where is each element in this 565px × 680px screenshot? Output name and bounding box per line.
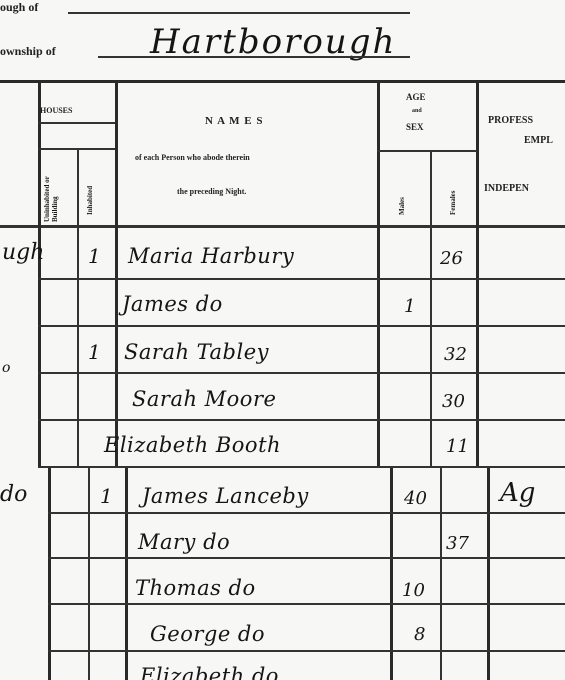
person-name: James Lanceby	[142, 484, 309, 508]
names-header-sub1: of each Person who abode therein	[135, 153, 250, 162]
inhabited-header: Inhabited	[86, 165, 94, 215]
col-divider-profession-lower	[487, 466, 490, 680]
person-name: Elizabeth Booth	[104, 433, 281, 457]
names-header-title: N A M E S	[205, 115, 264, 127]
inhabited-cell: 1	[88, 340, 101, 364]
employment-header: EMPL	[524, 135, 553, 146]
township-underline	[98, 56, 410, 58]
houses-header-divider	[38, 122, 115, 124]
person-name: Sarah Moore	[132, 387, 276, 411]
person-name: Maria Harbury	[128, 244, 294, 268]
sex-header: SEX	[406, 122, 424, 132]
row-line-3	[38, 372, 565, 374]
houses-subheader-divider	[38, 148, 115, 150]
row-line-7	[48, 557, 565, 559]
inhabited-cell: 1	[88, 244, 101, 268]
row-line-1	[38, 278, 565, 280]
col-divider-sex-mid-lower	[440, 466, 442, 680]
female-age-cell: 37	[446, 533, 469, 554]
males-header: Males	[398, 175, 406, 215]
and-header: and	[412, 108, 422, 114]
row-line-5	[38, 466, 565, 468]
person-name: Mary do	[138, 530, 230, 554]
female-age-cell: 30	[442, 391, 465, 412]
person-name: Elizabeth do	[140, 664, 279, 680]
independent-header: INDEPEN	[484, 183, 529, 194]
place-cell: ugh	[2, 240, 44, 265]
agesex-header-divider	[377, 150, 477, 152]
borough-label: ough of	[0, 0, 38, 15]
male-age-cell: 8	[414, 624, 425, 645]
female-age-cell: 32	[444, 344, 467, 365]
col-divider-names-lower	[125, 466, 128, 680]
row-line-6	[48, 512, 565, 514]
person-name: Sarah Tabley	[124, 340, 269, 364]
col-divider-place	[38, 80, 41, 468]
person-name: George do	[150, 622, 265, 646]
township-label: ownship of	[0, 44, 56, 59]
row-line-4	[38, 419, 565, 421]
col-divider-place-lower	[48, 466, 51, 680]
uninhabited-header: Uninhabited or Building	[43, 152, 59, 222]
male-age-cell: 1	[404, 296, 415, 317]
place-cell: do	[0, 482, 27, 507]
male-age-cell: 10	[402, 580, 425, 601]
row-line-9	[48, 650, 565, 652]
col-divider-houses-mid-lower	[88, 466, 90, 680]
col-divider-profession	[476, 80, 479, 468]
place-cell: o	[2, 360, 10, 376]
inhabited-cell: 1	[100, 484, 113, 508]
row-line-2	[38, 325, 565, 327]
borough-underline	[68, 12, 410, 14]
table-top-border	[0, 80, 565, 83]
col-divider-names	[115, 80, 118, 468]
header-bottom-border	[0, 225, 565, 228]
person-name: Thomas do	[135, 576, 256, 600]
houses-header: HOUSES	[40, 106, 72, 115]
age-header: AGE	[406, 92, 426, 102]
row-line-8	[48, 603, 565, 605]
profession-cell: Ag	[500, 478, 535, 508]
names-header-sub2: the preceding Night.	[177, 187, 246, 196]
col-divider-age-lower	[390, 466, 393, 680]
person-name: James do	[122, 292, 223, 316]
female-age-cell: 11	[446, 436, 469, 457]
females-header: Females	[449, 160, 457, 215]
male-age-cell: 40	[404, 488, 427, 509]
profession-header: PROFESS	[488, 115, 533, 126]
female-age-cell: 26	[440, 248, 463, 269]
col-divider-age	[377, 80, 380, 468]
